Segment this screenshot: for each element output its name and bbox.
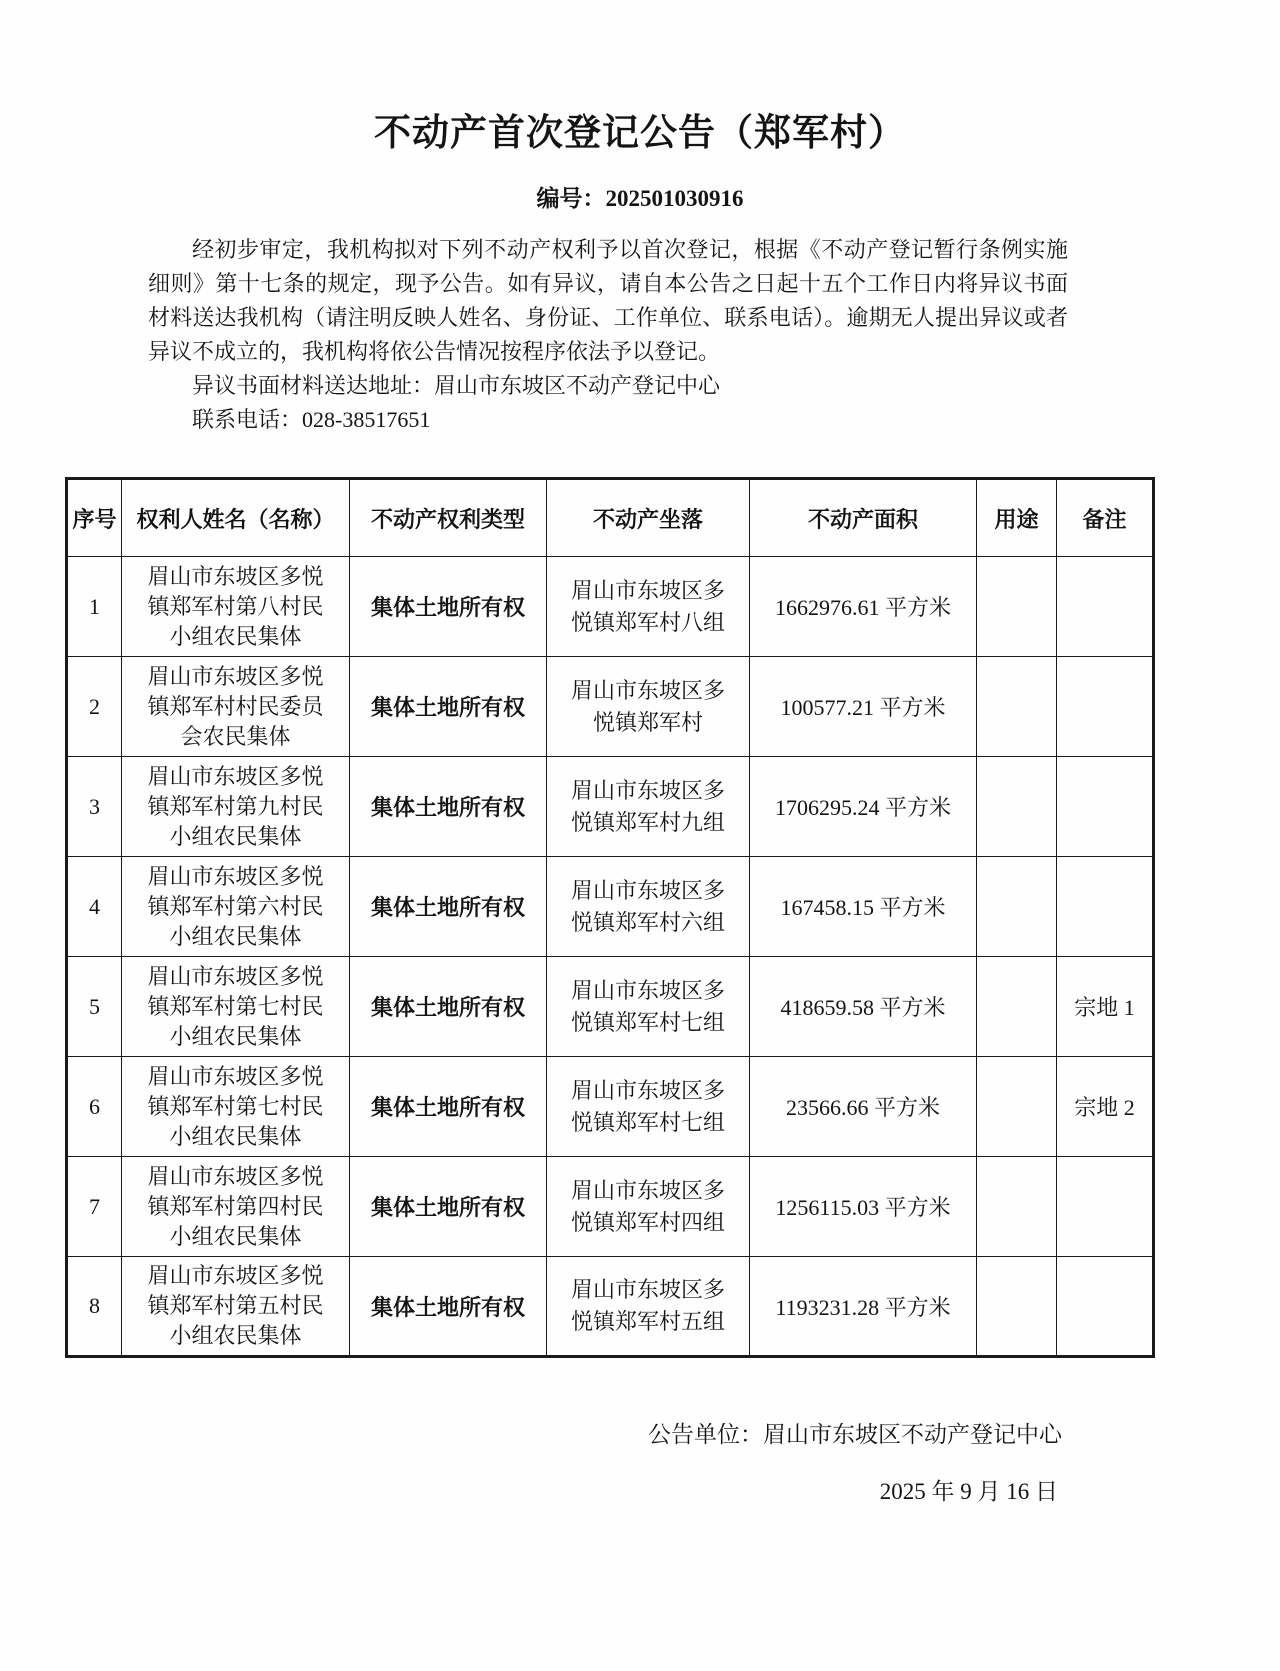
cell-seq: 2 <box>67 657 122 757</box>
cell-location: 眉山市东坡区多悦镇郑军村七组 <box>547 957 750 1057</box>
cell-owner: 眉山市东坡区多悦镇郑军村第四村民小组农民集体 <box>122 1157 350 1257</box>
contact-phone-line: 联系电话：028-38517651 <box>148 403 1068 437</box>
table-row: 6 眉山市东坡区多悦镇郑军村第七村民小组农民集体 集体土地所有权 眉山市东坡区多… <box>67 1057 1154 1157</box>
cell-usage <box>977 557 1057 657</box>
cell-usage <box>977 657 1057 757</box>
cell-owner: 眉山市东坡区多悦镇郑军村第七村民小组农民集体 <box>122 957 350 1057</box>
cell-area: 23566.66 平方米 <box>750 1057 977 1157</box>
cell-owner: 眉山市东坡区多悦镇郑军村第五村民小组农民集体 <box>122 1257 350 1357</box>
table-row: 3 眉山市东坡区多悦镇郑军村第九村民小组农民集体 集体土地所有权 眉山市东坡区多… <box>67 757 1154 857</box>
objection-address-line: 异议书面材料送达地址：眉山市东坡区不动产登记中心 <box>148 369 1068 403</box>
cell-usage <box>977 757 1057 857</box>
table-body: 1 眉山市东坡区多悦镇郑军村第八村民小组农民集体 集体土地所有权 眉山市东坡区多… <box>67 557 1154 1357</box>
cell-owner: 眉山市东坡区多悦镇郑军村第八村民小组农民集体 <box>122 557 350 657</box>
cell-owner: 眉山市东坡区多悦镇郑军村第六村民小组农民集体 <box>122 857 350 957</box>
footer-block: 公告单位：眉山市东坡区不动产登记中心 2025 年 9 月 16 日 <box>0 1416 1062 1506</box>
cell-right_type: 集体土地所有权 <box>350 1057 547 1157</box>
body-text-block: 经初步审定，我机构拟对下列不动产权利予以首次登记，根据《不动产登记暂行条例实施细… <box>148 233 1068 437</box>
cell-right_type: 集体土地所有权 <box>350 957 547 1057</box>
cell-location: 眉山市东坡区多悦镇郑军村四组 <box>547 1157 750 1257</box>
table-header-row: 序号 权利人姓名（名称） 不动产权利类型 不动产坐落 不动产面积 用途 备注 <box>67 479 1154 557</box>
header-location: 不动产坐落 <box>547 479 750 557</box>
cell-seq: 1 <box>67 557 122 657</box>
cell-usage <box>977 857 1057 957</box>
header-usage: 用途 <box>977 479 1057 557</box>
cell-seq: 7 <box>67 1157 122 1257</box>
cell-usage <box>977 957 1057 1057</box>
header-area: 不动产面积 <box>750 479 977 557</box>
header-right-type: 不动产权利类型 <box>350 479 547 557</box>
cell-area: 167458.15 平方米 <box>750 857 977 957</box>
header-seq: 序号 <box>67 479 122 557</box>
announcement-paragraph: 经初步审定，我机构拟对下列不动产权利予以首次登记，根据《不动产登记暂行条例实施细… <box>148 233 1068 369</box>
cell-right_type: 集体土地所有权 <box>350 857 547 957</box>
cell-usage <box>977 1157 1057 1257</box>
cell-area: 418659.58 平方米 <box>750 957 977 1057</box>
cell-remark <box>1057 1257 1154 1357</box>
header-owner: 权利人姓名（名称） <box>122 479 350 557</box>
cell-location: 眉山市东坡区多悦镇郑军村六组 <box>547 857 750 957</box>
table-row: 4 眉山市东坡区多悦镇郑军村第六村民小组农民集体 集体土地所有权 眉山市东坡区多… <box>67 857 1154 957</box>
cell-seq: 3 <box>67 757 122 857</box>
cell-seq: 8 <box>67 1257 122 1357</box>
cell-owner: 眉山市东坡区多悦镇郑军村第九村民小组农民集体 <box>122 757 350 857</box>
cell-area: 1193231.28 平方米 <box>750 1257 977 1357</box>
cell-usage <box>977 1057 1057 1157</box>
cell-area: 1662976.61 平方米 <box>750 557 977 657</box>
cell-owner: 眉山市东坡区多悦镇郑军村村民委员会农民集体 <box>122 657 350 757</box>
cell-usage <box>977 1257 1057 1357</box>
cell-remark: 宗地 2 <box>1057 1057 1154 1157</box>
cell-location: 眉山市东坡区多悦镇郑军村五组 <box>547 1257 750 1357</box>
issuer-line: 公告单位：眉山市东坡区不动产登记中心 <box>0 1416 1062 1449</box>
header-remark: 备注 <box>1057 479 1154 557</box>
cell-seq: 4 <box>67 857 122 957</box>
cell-seq: 5 <box>67 957 122 1057</box>
cell-right_type: 集体土地所有权 <box>350 557 547 657</box>
cell-right_type: 集体土地所有权 <box>350 1257 547 1357</box>
cell-area: 100577.21 平方米 <box>750 657 977 757</box>
cell-right_type: 集体土地所有权 <box>350 1157 547 1257</box>
cell-remark <box>1057 857 1154 957</box>
cell-location: 眉山市东坡区多悦镇郑军村 <box>547 657 750 757</box>
date-line: 2025 年 9 月 16 日 <box>0 1473 1058 1506</box>
cell-area: 1706295.24 平方米 <box>750 757 977 857</box>
cell-owner: 眉山市东坡区多悦镇郑军村第七村民小组农民集体 <box>122 1057 350 1157</box>
cell-location: 眉山市东坡区多悦镇郑军村八组 <box>547 557 750 657</box>
doc-number: 编号：202501030916 <box>0 180 1280 213</box>
announcement-page: 不动产首次登记公告（郑军村） 编号：202501030916 经初步审定，我机构… <box>0 0 1280 1671</box>
table-row: 8 眉山市东坡区多悦镇郑军村第五村民小组农民集体 集体土地所有权 眉山市东坡区多… <box>67 1257 1154 1357</box>
table-row: 5 眉山市东坡区多悦镇郑军村第七村民小组农民集体 集体土地所有权 眉山市东坡区多… <box>67 957 1154 1057</box>
cell-right_type: 集体土地所有权 <box>350 657 547 757</box>
cell-location: 眉山市东坡区多悦镇郑军村九组 <box>547 757 750 857</box>
cell-remark <box>1057 757 1154 857</box>
table-row: 2 眉山市东坡区多悦镇郑军村村民委员会农民集体 集体土地所有权 眉山市东坡区多悦… <box>67 657 1154 757</box>
cell-remark <box>1057 657 1154 757</box>
cell-remark <box>1057 1157 1154 1257</box>
cell-area: 1256115.03 平方米 <box>750 1157 977 1257</box>
cell-remark <box>1057 557 1154 657</box>
cell-location: 眉山市东坡区多悦镇郑军村七组 <box>547 1057 750 1157</box>
cell-seq: 6 <box>67 1057 122 1157</box>
table-row: 1 眉山市东坡区多悦镇郑军村第八村民小组农民集体 集体土地所有权 眉山市东坡区多… <box>67 557 1154 657</box>
cell-right_type: 集体土地所有权 <box>350 757 547 857</box>
registration-table: 序号 权利人姓名（名称） 不动产权利类型 不动产坐落 不动产面积 用途 备注 1… <box>65 477 1155 1358</box>
page-title: 不动产首次登记公告（郑军村） <box>0 102 1280 156</box>
table-row: 7 眉山市东坡区多悦镇郑军村第四村民小组农民集体 集体土地所有权 眉山市东坡区多… <box>67 1157 1154 1257</box>
cell-remark: 宗地 1 <box>1057 957 1154 1057</box>
